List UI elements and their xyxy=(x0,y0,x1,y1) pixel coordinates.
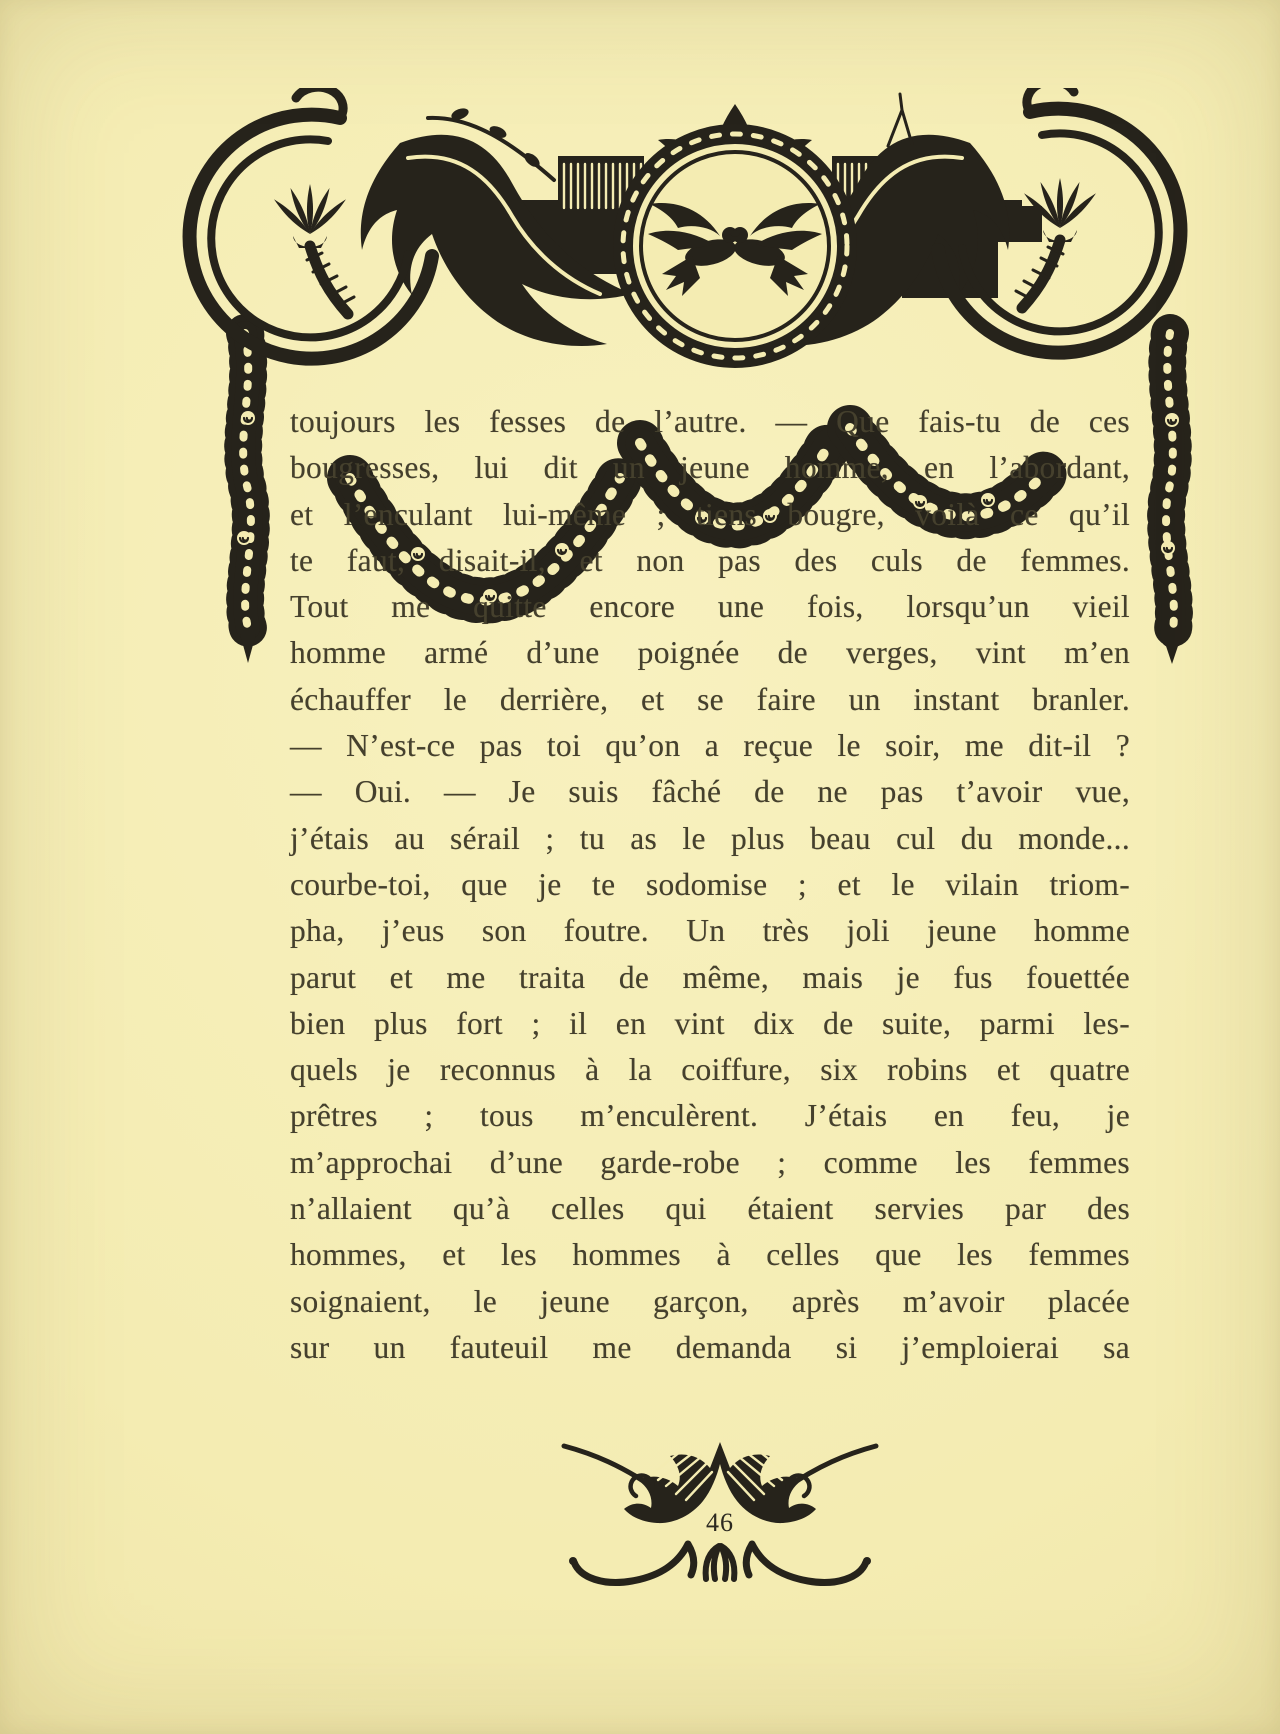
text-line: courbe-toi, que je te sodomise ; et le v… xyxy=(290,862,1130,908)
text-line: Tout me quitte encore une fois, lorsqu’u… xyxy=(290,584,1130,630)
text-line: soignaient, le jeune garçon, après m’avo… xyxy=(290,1279,1130,1325)
text-line: m’approchai d’une garde-robe ; comme les… xyxy=(290,1140,1130,1186)
body-text: toujours les fesses de l’autre. — Que fa… xyxy=(290,399,1130,1371)
text-line: échauffer le derrière, et se faire un in… xyxy=(290,677,1130,723)
text-line: hommes, et les hommes à celles que les f… xyxy=(290,1232,1130,1278)
text-line: quels je reconnus à la coiffure, six rob… xyxy=(290,1047,1130,1093)
text-line: n’allaient qu’à celles qui étaient servi… xyxy=(290,1186,1130,1232)
hanging-garland-left xyxy=(237,333,256,663)
text-line: homme armé d’une poignée de verges, vint… xyxy=(290,630,1130,676)
text-line: pha, j’eus son foutre. Un très joli jeun… xyxy=(290,908,1130,954)
book-page: toujours les fesses de l’autre. — Que fa… xyxy=(0,0,1280,1734)
text-line: sur un fauteuil me demanda si j’emploier… xyxy=(290,1325,1130,1371)
text-line: parut et me traita de même, mais je fus … xyxy=(290,955,1130,1001)
text-line: — Oui. — Je suis fâché de ne pas t’avoir… xyxy=(290,769,1130,815)
text-line: et l’enculant lui-même ; tiens bougre, v… xyxy=(290,492,1130,538)
text-line: j’étais au sérail ; tu as le plus beau c… xyxy=(290,816,1130,862)
page-number: 46 xyxy=(696,1508,744,1538)
text-line: bien plus fort ; il en vint dix de suite… xyxy=(290,1001,1130,1047)
text-line: toujours les fesses de l’autre. — Que fa… xyxy=(290,399,1130,445)
text-line: prêtres ; tous m’enculèrent. J’étais en … xyxy=(290,1093,1130,1139)
text-line: te faut, disait-il, et non pas des culs … xyxy=(290,538,1130,584)
doves-medallion-icon xyxy=(623,134,847,358)
text-line: — N’est-ce pas toi qu’on a reçue le soir… xyxy=(290,723,1130,769)
hanging-garland-right xyxy=(1161,333,1180,664)
text-line: bougresses, lui dit un jeune homme, en l… xyxy=(290,445,1130,491)
